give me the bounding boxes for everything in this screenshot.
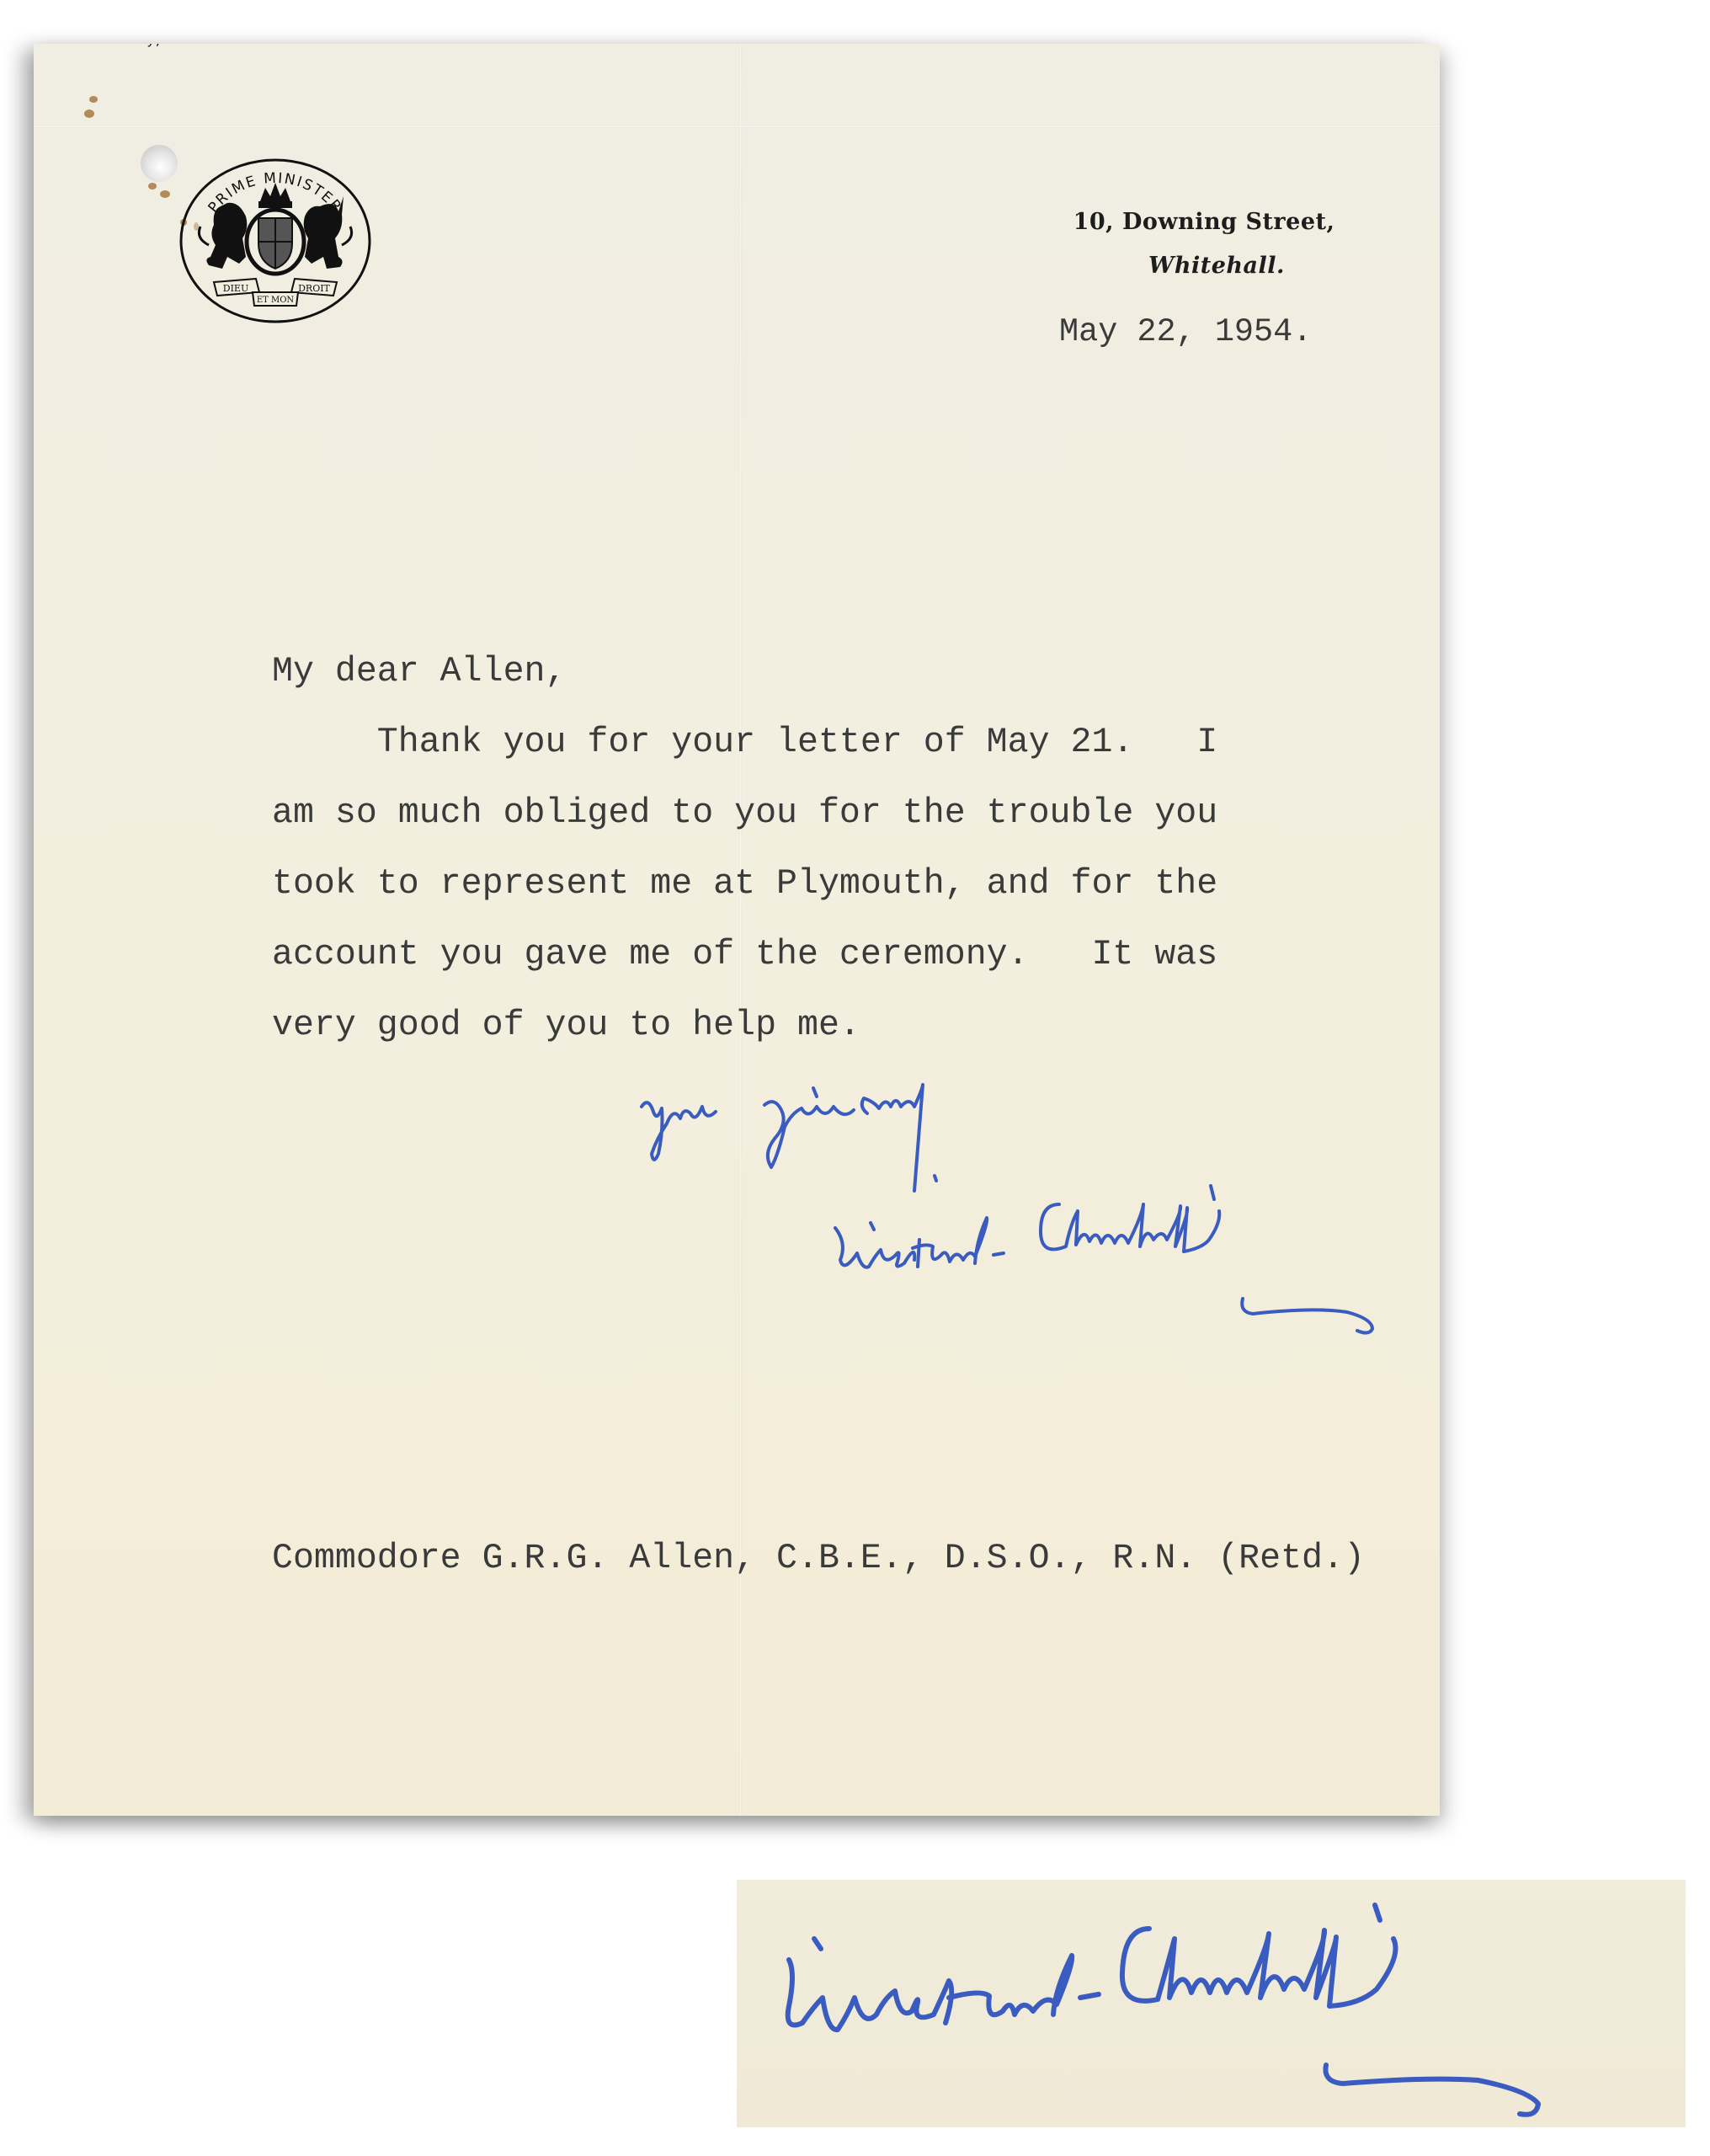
addressee-line: Commodore G.R.G. Allen, C.B.E., D.S.O., … <box>272 1539 1365 1578</box>
signature-churchill-stroke <box>1041 1204 1219 1251</box>
address-district: Whitehall. <box>1069 244 1339 288</box>
signature-detail-image: Winston S. Churchill <box>737 1880 1686 2127</box>
letter-page: PRIME MINISTER DIEU DROIT ET MON 10, Dow… <box>34 44 1440 1816</box>
rust-stain <box>148 183 157 189</box>
address-street: 10, Downing Street, <box>1069 200 1339 244</box>
signature-winston-stroke <box>835 1218 987 1267</box>
prime-minister-crest-icon: PRIME MINISTER DIEU DROIT ET MON <box>178 157 372 324</box>
rust-stain <box>89 96 98 103</box>
signature-underline-stroke <box>1242 1299 1372 1333</box>
rust-stain <box>84 109 94 118</box>
body-line: took to represent me at Plymouth, and fo… <box>272 864 1217 905</box>
motto-left: DIEU <box>223 283 248 294</box>
salutation: My dear Allen, <box>272 652 566 692</box>
motto-center: ET MON <box>257 296 295 305</box>
letterhead-address: 10, Downing Street, Whitehall. <box>1069 200 1339 288</box>
motto-right: DROIT <box>298 283 330 294</box>
closing-yours-stroke <box>642 1102 716 1160</box>
horizontal-fold-crease <box>34 125 1440 128</box>
body-line: very good of you to help me. <box>272 1006 860 1046</box>
signature-detail-text: Winston S. Churchill <box>737 1880 898 1884</box>
punch-hole <box>141 145 178 182</box>
body-line: am so much obliged to you for the troubl… <box>272 793 1217 834</box>
body-line: Thank you for your letter of May 21. I <box>272 723 1217 763</box>
closing-text: Yours sincerely, <box>34 44 163 48</box>
rust-stain <box>160 190 170 198</box>
signature-text: Winston S. Churchill <box>34 44 195 48</box>
body-line: account you gave me of the ceremony. It … <box>272 935 1217 975</box>
closing-sincerely-stroke <box>764 1102 854 1167</box>
signature-detail-inset: Winston S. Churchill <box>737 1880 1686 2127</box>
letter-date: May 22, 1954. <box>1059 313 1312 350</box>
